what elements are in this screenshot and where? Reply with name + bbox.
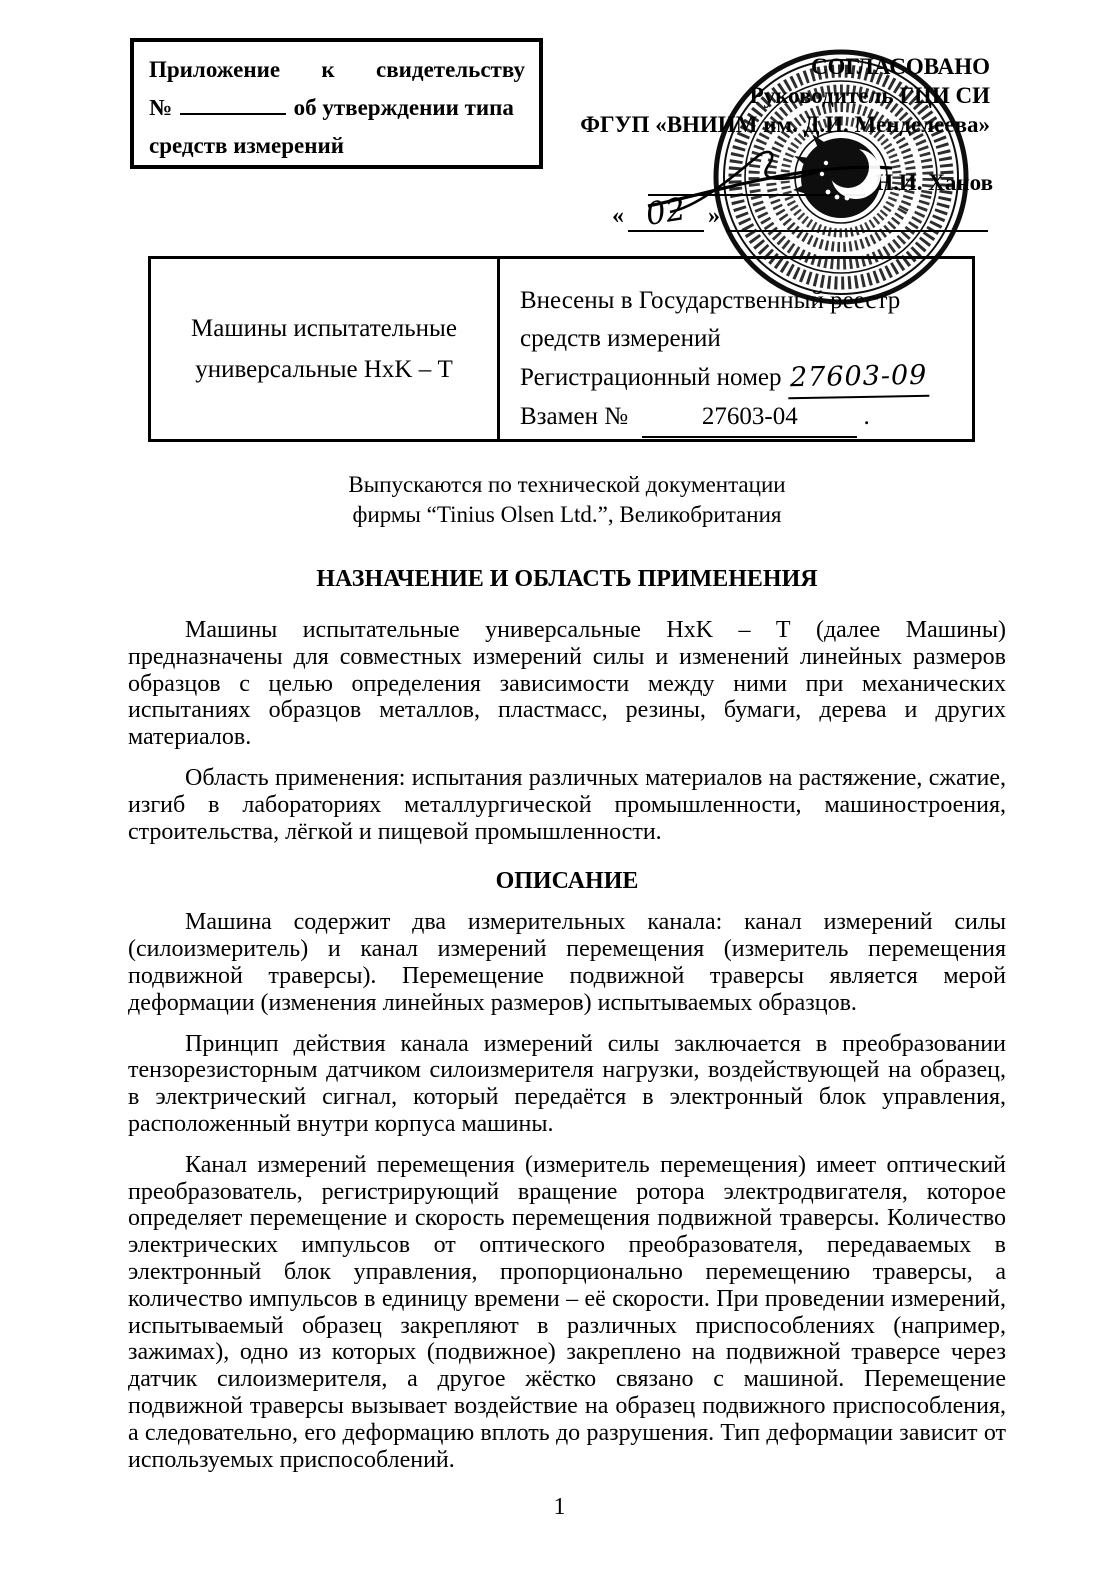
paragraph-description-2: Принцип действия канала измерений силы з… [128,1031,1006,1138]
document-page: { "annex": { "line1_words": ["Приложение… [0,0,1119,1580]
annex-line1: Приложение к свидетельству [149,51,525,89]
paragraph-description-3: Канал измерений перемещения (измеритель … [128,1152,1006,1474]
registry-entry-line1: Внесены в Государственный реестр [520,282,962,320]
annex-line2: № об утверждении типа [149,89,525,127]
paragraph-description-1: Машина содержит два измерительных канала… [128,909,1006,1016]
annex-word: свидетельству [376,51,525,89]
instrument-name-line1: Машины испытательные [191,308,457,349]
replaces-number-row: Взамен № 27603-04 . [520,398,962,438]
instrument-name-line2: универсальные HxK – Т [195,349,453,390]
annex-certificate-box: Приложение к свидетельству № об утвержде… [130,38,543,169]
annex-word: к [321,51,334,89]
registration-number-label: Регистрационный номер [520,364,782,391]
issued-note: Выпускаются по технической документации … [128,470,1006,530]
annex-line2-text: об утверждении типа [294,95,514,120]
replaces-period: . [864,403,870,430]
registry-table: Машины испытательные универсальные HxK –… [148,256,975,442]
section-heading-description: ОПИСАНИЕ [128,868,1006,895]
instrument-name-cell: Машины испытательные универсальные HxK –… [151,259,500,439]
registration-number-row: Регистрационный номер 27603-09 [520,358,962,398]
handwritten-registration-number: 27603-09 [787,357,929,399]
document-body: Выпускаются по технической документации … [128,470,1006,1473]
registry-entry-line2: средств измерений [520,320,962,358]
issued-line1: Выпускаются по технической документации [128,470,1006,500]
annex-line3: средств измерений [149,127,525,165]
paragraph-purpose-1: Машины испытательные универсальные HxK –… [128,617,1006,751]
registry-entry-cell: Внесены в Государственный реестр средств… [500,259,972,439]
annex-word: Приложение [149,51,280,89]
issued-line2: фирмы “Tinius Olsen Ltd.”, Великобритани… [128,500,1006,530]
date-open-quote: « [612,203,624,232]
page-number: 1 [0,1494,1119,1521]
number-symbol: № [149,95,172,120]
section-heading-purpose: НАЗНАЧЕНИЕ И ОБЛАСТЬ ПРИМЕНЕНИЯ [128,566,1006,593]
certificate-number-blank [180,93,286,115]
replaces-label: Взамен № [520,403,628,430]
replaced-registration-number: 27603-04 [642,398,857,438]
paragraph-purpose-2: Область применения: испытания различных … [128,765,1006,845]
